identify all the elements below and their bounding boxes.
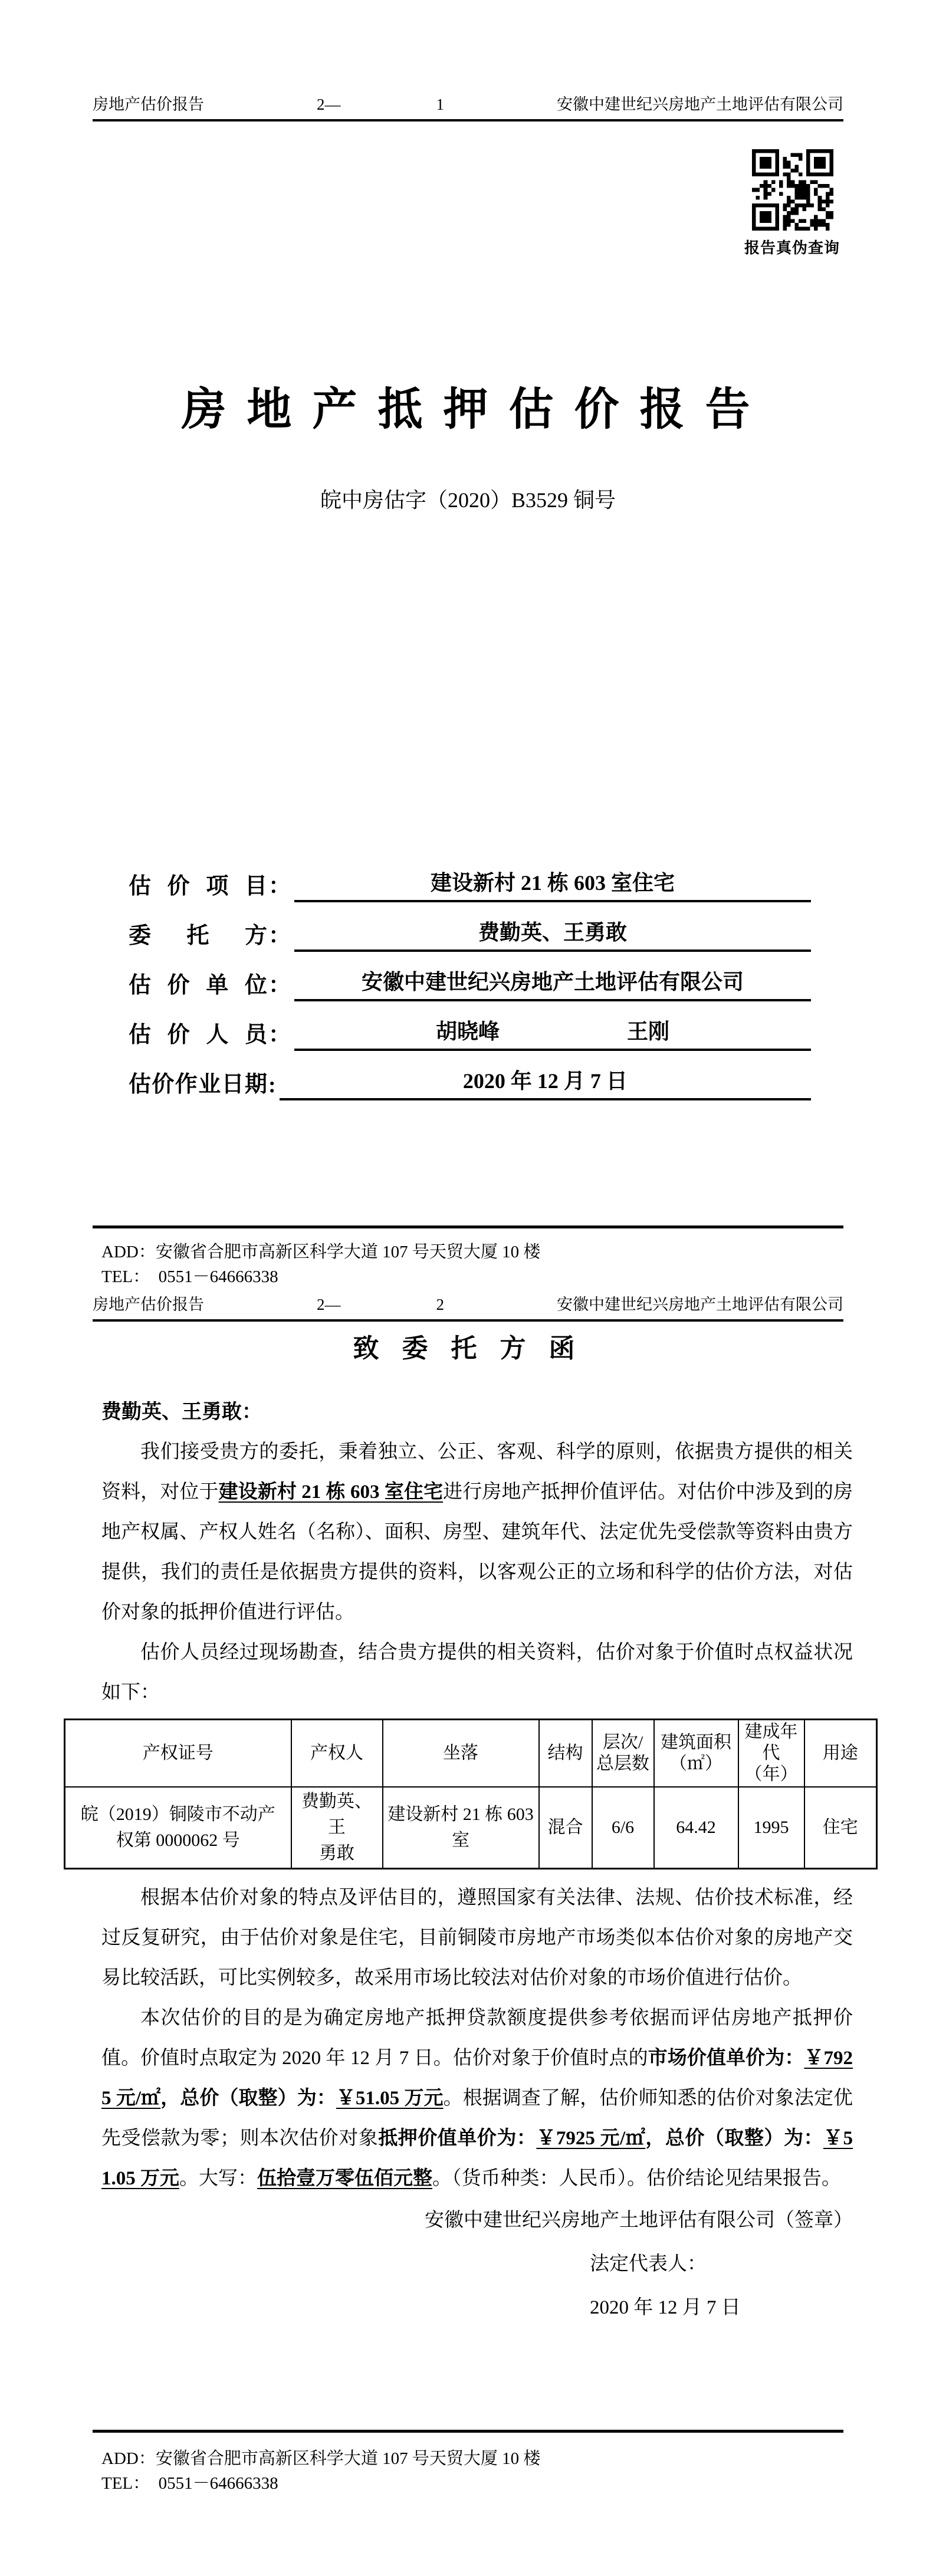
col-floor: 层次/ 总层数 [592, 1720, 654, 1788]
appraisers-colon: ： [267, 1016, 294, 1051]
col-structure: 结构 [539, 1720, 592, 1788]
cover-form: 估价项目 ： 建设新村 21 栋 603 室住宅 委托方 ： 费勤英、王勇敢 估… [129, 853, 811, 1100]
page1-header-page-number: 2— 1 [317, 91, 444, 114]
report-number: 皖中房估字（2020）B3529 铜号 [0, 484, 936, 514]
qr-code-label: 报告真伪查询 [736, 236, 848, 258]
appraisers-value: 胡晓峰 王刚 [294, 1015, 811, 1051]
signature-date: 2020 年 12 月 7 日 [590, 2292, 741, 2319]
client-colon: ： [267, 917, 294, 952]
page1-footer-rule [93, 1225, 843, 1228]
appraisers-label: 估价人员 [129, 1016, 267, 1051]
report-title: 房 地 产 抵 押 估 价 报 告 [0, 373, 936, 438]
project-colon: ： [267, 868, 294, 902]
cell-floor: 6/6 [592, 1787, 654, 1869]
letter-body: 我们接受贵方的委托，秉着独立、公正、客观、科学的原则，依据贵方提供的相关资料，对… [101, 1432, 853, 2199]
project-label: 估价项目 [129, 868, 267, 902]
legal-representative-label: 法定代表人： [590, 2248, 707, 2276]
company-signature: 安徽中建世纪兴房地产土地评估有限公司（签章） [101, 2204, 853, 2232]
cell-year-built: 1995 [738, 1787, 804, 1869]
cell-owner: 费勤英、王 勇敢 [291, 1787, 383, 1869]
work-date-colon: : [267, 1072, 280, 1100]
appraisal-report-document: { "page1": { "header": { "left": "房地产估价报… [0, 0, 936, 2576]
project-value: 建设新村 21 栋 603 室住宅 [294, 866, 811, 902]
work-date-value: 2020 年 12 月 7 日 [280, 1064, 811, 1100]
property-table-header-row: 产权证号 产权人 坐落 结构 层次/ 总层数 建筑面积 （㎡） 建成年代 （年）… [65, 1720, 877, 1788]
form-row-date: 估价作业日期 : 2020 年 12 月 7 日 [129, 1051, 811, 1100]
page1-footer-address: ADD：安徽省合肥市高新区科学大道 107 号天贸大厦 10 楼 [101, 1238, 540, 1263]
property-table: 产权证号 产权人 坐落 结构 层次/ 总层数 建筑面积 （㎡） 建成年代 （年）… [64, 1719, 878, 1869]
client-value: 费勤英、王勇敢 [294, 916, 811, 952]
paragraph-valuation-result: 本次估价的目的是为确定房地产抵押贷款额度提供参考依据而评估房地产抵押价值。价值时… [101, 1998, 853, 2199]
page2-header-page-number: 2— 2 [317, 1292, 444, 1315]
col-area: 建筑面积 （㎡） [654, 1720, 738, 1788]
page2-header-company: 安徽中建世纪兴房地产土地评估有限公司 [557, 1292, 843, 1315]
agency-colon: ： [267, 967, 294, 1001]
work-date-label: 估价作业日期 [129, 1066, 267, 1100]
page2-footer-address: ADD：安徽省合肥市高新区科学大道 107 号天贸大厦 10 楼 [101, 2445, 540, 2469]
col-year-built: 建成年代 （年） [738, 1720, 804, 1788]
agency-value: 安徽中建世纪兴房地产土地评估有限公司 [294, 965, 811, 1001]
page2-footer-tel: TEL： 0551－64666338 [101, 2470, 278, 2494]
cell-area: 64.42 [654, 1787, 738, 1869]
cell-use: 住宅 [804, 1787, 877, 1869]
paragraph-method: 根据本估价对象的特点及评估目的，遵照国家有关法律、法规、估价技术标准，经过反复研… [101, 1878, 853, 1998]
qr-code [752, 149, 833, 231]
cell-location: 建设新村 21 栋 603 室 [383, 1787, 539, 1869]
cell-certificate-no: 皖（2019）铜陵市不动产 权第 0000062 号 [65, 1787, 291, 1869]
form-row-project: 估价项目 ： 建设新村 21 栋 603 室住宅 [129, 853, 811, 902]
page2-header-doc-title: 房地产估价报告 [93, 1292, 204, 1315]
page1-header-doc-title: 房地产估价报告 [93, 91, 204, 114]
form-row-agency: 估价单位 ： 安徽中建世纪兴房地产土地评估有限公司 [129, 952, 811, 1001]
client-label: 委托方 [129, 917, 267, 952]
form-row-appraisers: 估价人员 ： 胡晓峰 王刚 [129, 1001, 811, 1051]
page1-header-company: 安徽中建世纪兴房地产土地评估有限公司 [557, 91, 843, 114]
cell-structure: 混合 [539, 1787, 592, 1869]
col-owner: 产权人 [291, 1720, 383, 1788]
page2-header: 房地产估价报告 2— 2 安徽中建世纪兴房地产土地评估有限公司 [93, 1292, 843, 1322]
letter-salutation: 费勤英、王勇敢： [101, 1395, 262, 1424]
col-use: 用途 [804, 1720, 877, 1788]
paragraph-commission: 我们接受贵方的委托，秉着独立、公正、客观、科学的原则，依据贵方提供的相关资料，对… [101, 1432, 853, 1632]
col-location: 坐落 [383, 1720, 539, 1788]
page1-footer-tel: TEL： 0551－64666338 [101, 1263, 278, 1287]
letter-title: 致 委 托 方 函 [0, 1327, 936, 1365]
agency-label: 估价单位 [129, 967, 267, 1001]
col-certificate-no: 产权证号 [65, 1720, 291, 1788]
page1-header: 房地产估价报告 2— 1 安徽中建世纪兴房地产土地评估有限公司 [93, 91, 843, 121]
form-row-client: 委托方 ： 费勤英、王勇敢 [129, 902, 811, 952]
page2-footer-rule [93, 2430, 843, 2433]
property-table-data-row: 皖（2019）铜陵市不动产 权第 0000062 号 费勤英、王 勇敢 建设新村… [65, 1787, 877, 1869]
paragraph-survey: 估价人员经过现场勘查，结合贵方提供的相关资料，估价对象于价值时点权益状况如下： [101, 1632, 853, 1713]
